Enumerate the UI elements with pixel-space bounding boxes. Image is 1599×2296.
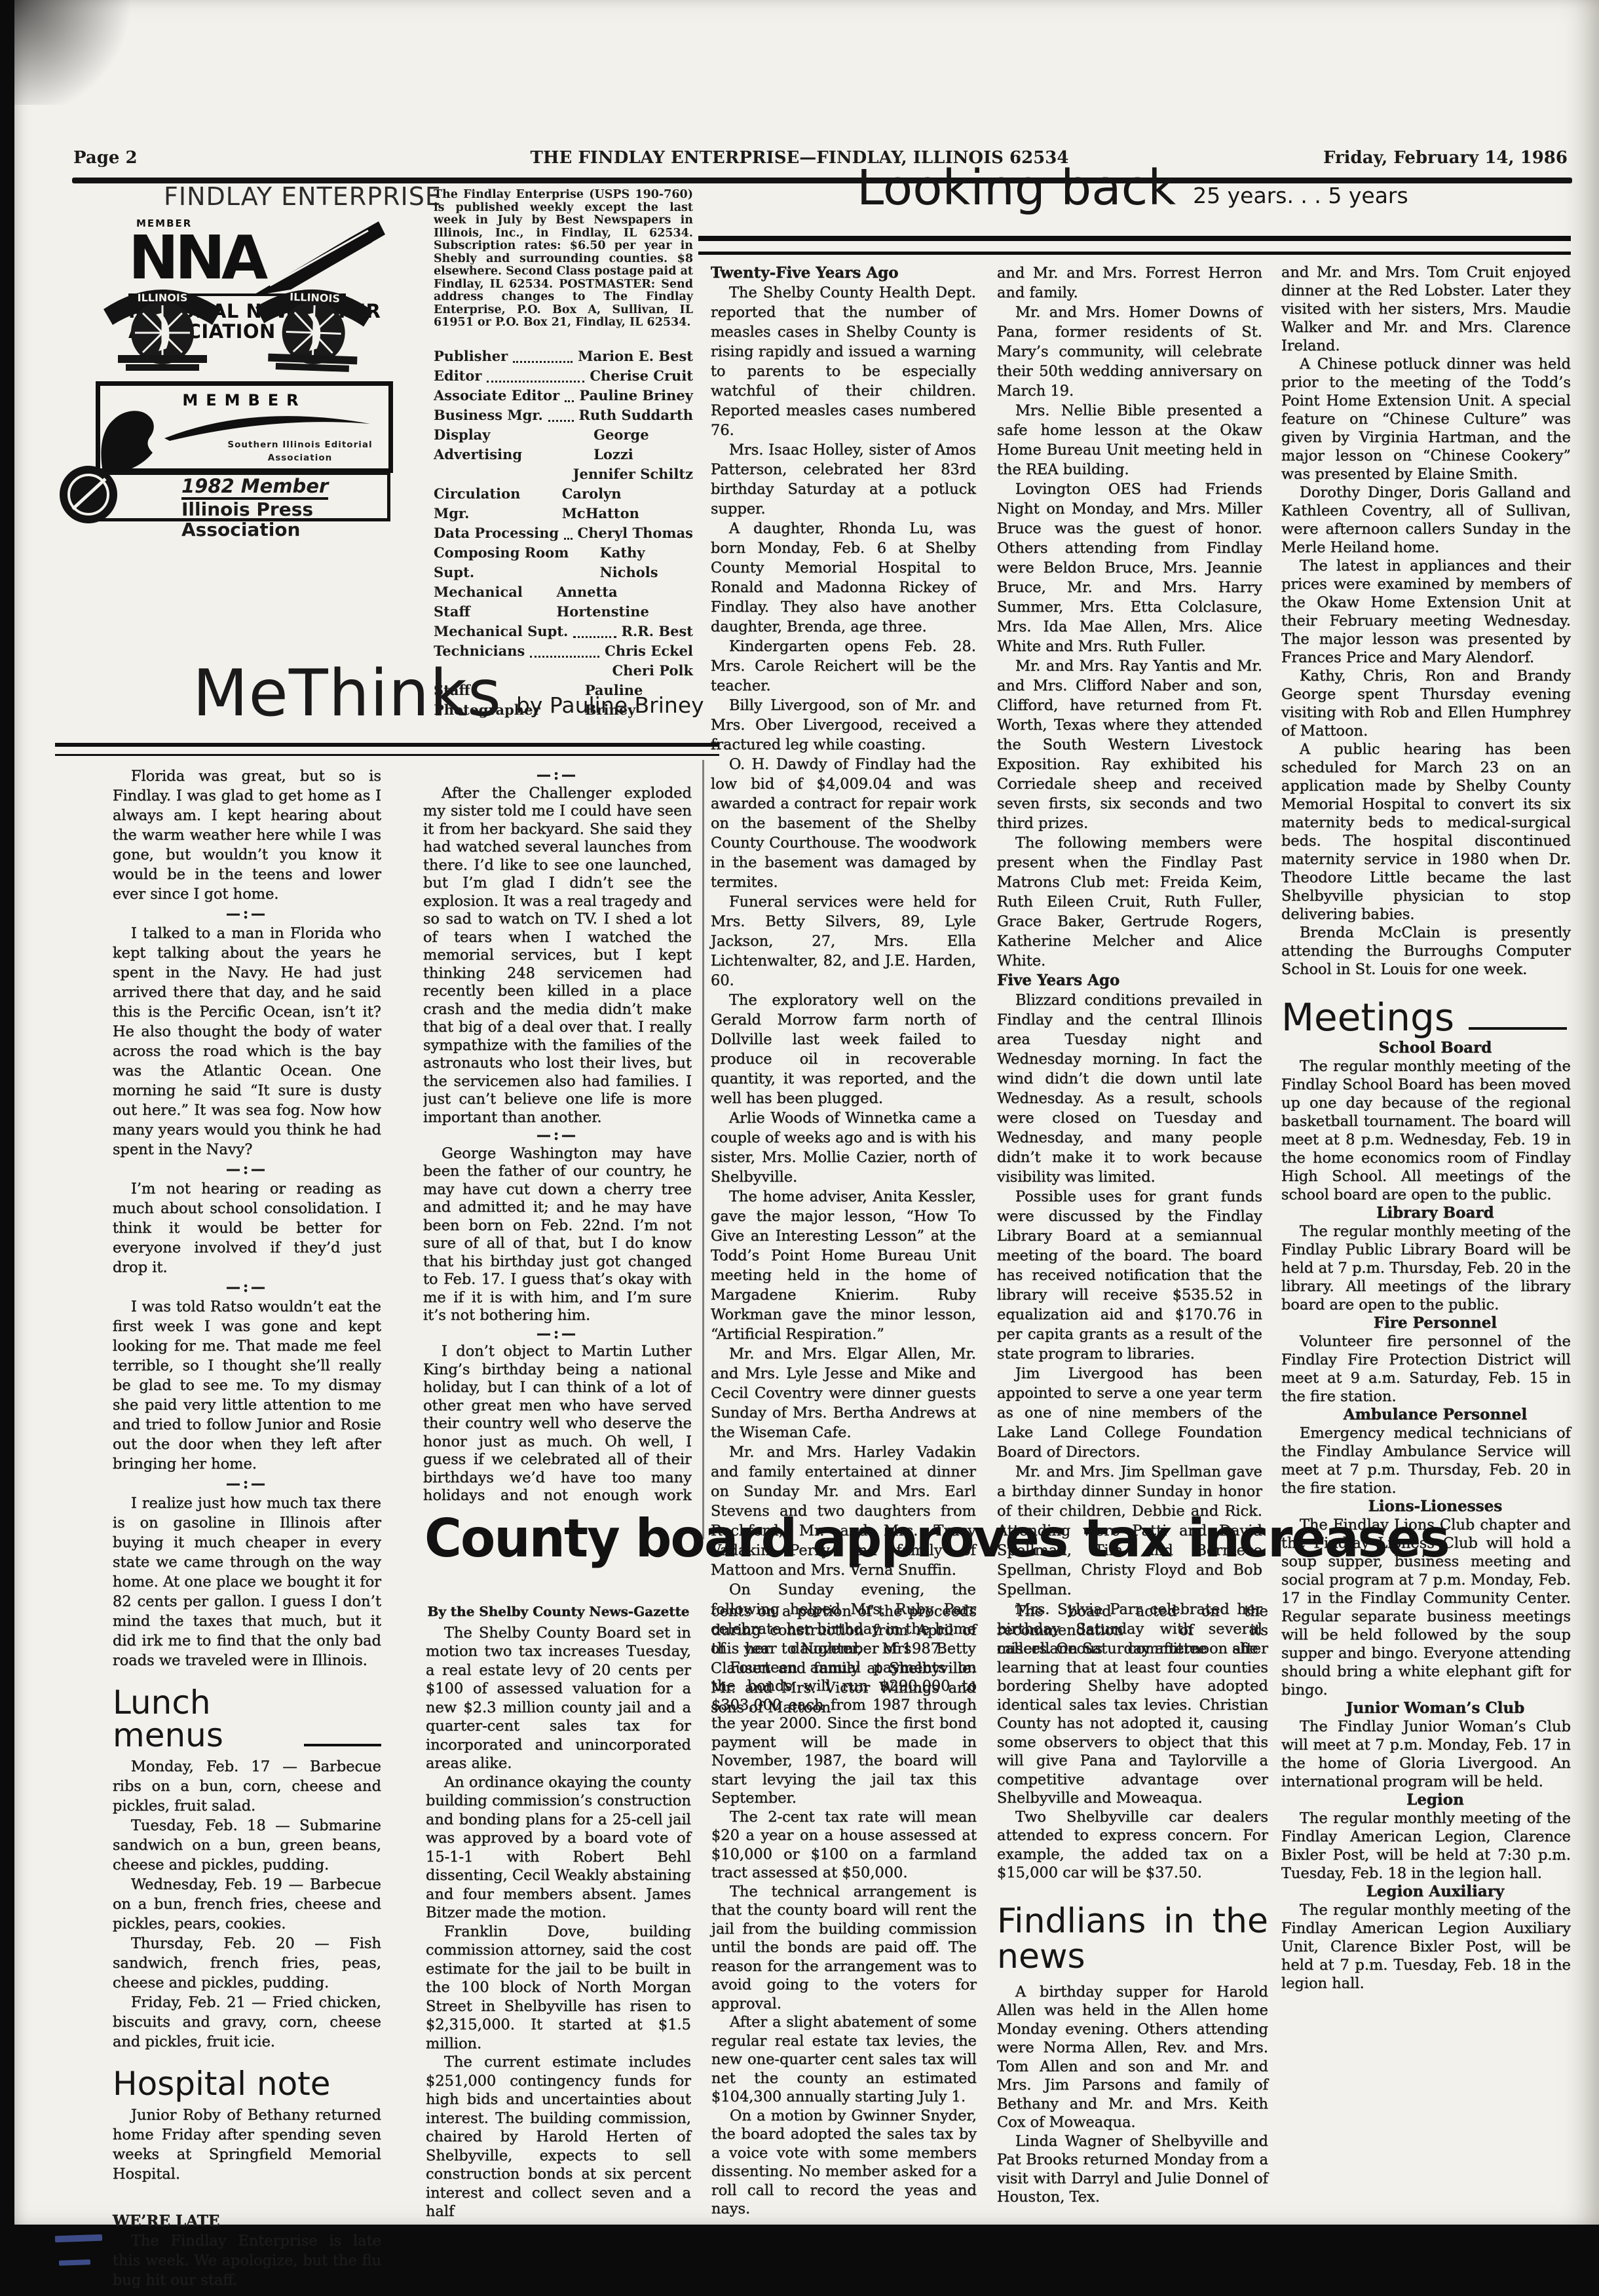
hospital-note-title: Hospital note [113,2067,381,2100]
article-paragraph: Lovington OES had Friends Night on Monda… [997,480,1262,656]
article-paragraph: cents on a portion of the proceeds durin… [711,1602,977,1659]
article-paragraph: Dorothy Dinger, Doris Galland and Kathle… [1281,483,1571,557]
staff-name: Pauline Briney [579,386,693,405]
staff-row: Business Mgr.Ruth Suddarth [434,405,693,425]
article-paragraph: On a motion by Gwinner Snyder, the board… [711,2107,977,2219]
staff-row: Composing Room Supt.Kathy Nichols [434,543,693,582]
column-divider [702,760,704,1539]
section-title: Meetings [1281,998,1454,1036]
article-paragraph: Possible uses for grant funds were discu… [997,1187,1262,1364]
scan-mark [59,2259,90,2266]
paragraph-separator: —:— [113,1277,381,1297]
staff-row: Associate EditorPauline Briney [434,386,693,405]
article-paragraph: Kindergarten opens Feb. 28. Mrs. Carole … [711,637,976,696]
title-rule [304,1744,381,1746]
article-paragraph: A public hearing has been scheduled for … [1281,740,1571,924]
column-paragraph: Florida was great, but so is Findlay. I … [113,766,381,904]
staff-row: Mechanical StaffAnnetta Hortenstine [434,582,693,622]
staff-row: EditorCherise Cruit [434,366,693,386]
article-paragraph: The exploratory well on the Gerald Morro… [711,990,976,1108]
staff-name: R.R. Best [622,622,693,641]
staff-box: The Findlay Enterprise (USPS 190-760) is… [434,189,693,720]
staff-row: Jennifer Schiltz [434,464,693,484]
press-contest-seal-left: ILLINOIS [96,275,230,379]
article-paragraph: Funeral services were held for Mrs. Bett… [711,892,976,990]
article-paragraph: Linda Wagner of Shelbyville and Pat Broo… [997,2132,1268,2207]
article-paragraph: A Chinese potluck dinner was held prior … [1281,355,1571,483]
title-rule [1469,1027,1567,1030]
article-paragraph: An ordinance okaying the county building… [426,1773,691,1923]
meeting-text: The Findlay Junior Woman’s Club will mee… [1281,1718,1571,1791]
looking-back-title: Looking back 25 years. . . 5 years [857,164,1408,212]
section-title: Hospital note [113,2067,331,2100]
paragraph-separator: —:— [423,766,692,785]
right-column: and Mr. and Mrs. Tom Cruit enjoyed dinne… [1281,263,1571,1993]
staff-role: Mechanical Supt. [434,622,568,641]
meeting-head: Fire Personnel [1281,1314,1571,1332]
staff-role: Editor [434,366,481,386]
article-paragraph: After a slight abatement of some regular… [711,2013,977,2107]
county-board-col2: cents on a portion of the proceeds durin… [711,1602,977,2219]
lunch-item: Thursday, Feb. 20 — Fish sandwich, frenc… [113,1934,381,1993]
subhead-25-years: Twenty-Five Years Ago [711,263,976,283]
article-paragraph: and Mr. and Mrs. Forrest Herron and fami… [997,263,1262,303]
paragraph-separator: —:— [113,904,381,924]
column-paragraph: I’m not hearing or reading as much about… [113,1179,381,1277]
article-paragraph: The home adviser, Anita Kessler, gave th… [711,1187,976,1344]
masthead-title: FINDLAY ENTERPRISE [164,182,442,211]
ipa-org-label: Illinois Press Association [181,499,313,540]
staff-name: Carolyn McHatton [562,484,693,523]
article-paragraph: Blizzard conditions prevailed in Findlay… [997,990,1262,1187]
staff-role: Associate Editor [434,386,559,405]
section-subtitle: 25 years. . . 5 years [1193,183,1408,208]
lunch-menus-title: Lunch menus [113,1686,381,1752]
newspaper-page: Page 2 THE FINDLAY ENTERPRISE—FINDLAY, I… [0,0,1599,2296]
staff-row: PublisherMarion E. Best [434,347,693,366]
article-paragraph: The Shelby County Board set in motion tw… [426,1624,691,1773]
meetings-title: Meetings [1281,998,1571,1036]
staff-row: Circulation Mgr.Carolyn McHatton [434,484,693,523]
press-contest-seal-right: ILLINOIS [245,273,383,381]
scan-smudge [14,0,139,105]
article-paragraph: Mr. and Mrs. Elgar Allen, Mr. and Mrs. L… [711,1344,976,1442]
article-paragraph: Franklin Dove, building commission attor… [426,1923,691,2054]
county-board-headline: County board approves tax increases [424,1508,1276,1569]
column-paragraph: George Washington may have been the fath… [423,1145,692,1325]
staff-role: Mechanical Staff [434,582,546,622]
methinks-col1: Florida was great, but so is Findlay. I … [113,766,381,2290]
county-board-col3: The board acted on the recommendation of… [997,1602,1268,2207]
staff-name: Annetta Hortenstine [556,582,693,622]
section-title: Looking back [857,164,1176,212]
ipa-seal-icon [56,462,121,527]
article-paragraph: O. H. Dawdy of Findlay had the low bid o… [711,755,976,892]
article-paragraph: The latest in appliances and their price… [1281,557,1571,667]
article-paragraph: Mr. and Mrs. Homer Downs of Pana, former… [997,303,1262,401]
article-paragraph: and Mr. and Mrs. Tom Cruit enjoyed dinne… [1281,263,1571,355]
paragraph-separator: —:— [113,1159,381,1179]
were-late-paragraph: The Findlay Enterprise is late this week… [113,2231,381,2290]
staff-row: Data ProcessingCheryl Thomas [434,523,693,543]
hospital-paragraph: Junior Roby of Bethany returned home Fri… [113,2105,381,2184]
article-paragraph: Fourteen annual payments on the bonds wi… [711,1659,977,1808]
article-paragraph: Two Shelbyville car dealers attended to … [997,1808,1268,1883]
looking-back-rule [698,236,1571,255]
article-paragraph: The following members were present when … [997,833,1262,971]
meeting-head: Library Board [1281,1204,1571,1222]
meeting-text: The regular monthly meeting of the Findl… [1281,1057,1571,1204]
staff-name: Marion E. Best [578,347,693,366]
meeting-head: Ambulance Personnel [1281,1406,1571,1424]
section-title: Lunch menus [113,1686,284,1752]
subhead-5-years: Five Years Ago [997,971,1262,990]
column-paragraph: I was told Ratso wouldn’t eat the first … [113,1297,381,1474]
column-paragraph: I don’t object to Martin Luther King’s b… [423,1343,692,1507]
meeting-head: School Board [1281,1039,1571,1057]
staff-role: Circulation Mgr. [434,484,552,523]
methinks-col2: —:— After the Challenger exploded my sis… [423,766,692,1507]
article-paragraph: Mrs. Isaac Holley, sister of Amos Patter… [711,440,976,519]
section-title: MeThinks [193,662,502,726]
column-paragraph: I realize just how much tax there is on … [113,1494,381,1670]
staff-row: Display AdvertisingGeorge Lozzi [434,425,693,464]
county-byline: By the Shelby County News-Gazette [426,1602,691,1621]
staff-role: Display Advertising [434,425,583,464]
staff-role: Business Mgr. [434,405,543,425]
press-contest-seals: ILLINOIS ILLINOIS [96,275,390,379]
article-paragraph: Kathy, Chris, Ron and Brandy George spen… [1281,667,1571,740]
press-association-box: 1982 Member Illinois Press Association [96,472,390,521]
article-paragraph: The 2-cent tax rate will mean $20 a year… [711,1808,977,1883]
article-paragraph: The Shelby County Health Dept. reported … [711,283,976,440]
meeting-text: The regular monthly meeting of the Findl… [1281,1901,1571,1993]
methinks-rule [55,743,719,756]
paragraph-separator: —:— [113,1474,381,1494]
were-late-head: WE’RE LATE [113,2211,381,2231]
staff-name: Kathy Nichols [600,543,693,582]
article-paragraph: Jim Livergood has been appointed to serv… [997,1364,1262,1462]
editorial-association-box: MEMBER Southern Illinois Editorial Assoc… [96,381,393,473]
looking-back-col2: and Mr. and Mrs. Forrest Herron and fami… [997,263,1262,1659]
staff-name: Chris Eckel [605,641,693,661]
meeting-text: The regular monthly meeting of the Findl… [1281,1222,1571,1314]
article-paragraph: A birthday supper for Harold Allen was h… [997,1983,1268,2132]
article-paragraph: The technical arrangement is that the co… [711,1883,977,2014]
methinks-title: MeThinks by Pauline Briney [193,662,704,726]
article-paragraph: Billy Livergood, son of Mr. and Mrs. Obe… [711,696,976,755]
staff-name: Ruth Suddarth [579,405,693,425]
article-paragraph: Mr. and Mrs. Ray Yantis and Mr. and Mrs.… [997,656,1262,833]
byline: by Pauline Briney [516,692,704,718]
staff-name: George Lozzi [593,425,693,464]
lunch-item: Wednesday, Feb. 19 — Barbecue on a bun, … [113,1875,381,1934]
meeting-text: Volunteer fire personnel of the Findlay … [1281,1332,1571,1406]
lunch-item: Friday, Feb. 21 — Fried chicken, biscuit… [113,1993,381,2052]
meeting-text: The regular monthly meeting of the Findl… [1281,1809,1571,1883]
staff-row: Mechanical Supt.R.R. Best [434,622,693,641]
staff-role: Publisher [434,347,508,366]
meeting-head: Junior Woman’s Club [1281,1699,1571,1718]
article-paragraph: The current estimate includes $251,000 c… [426,2053,691,2221]
meeting-text: Emergency medical technicians of the Fin… [1281,1424,1571,1497]
column-paragraph: After the Challenger exploded my sister … [423,785,692,1127]
county-board-col1: By the Shelby County News-Gazette The Sh… [426,1602,691,2221]
publication-info: The Findlay Enterprise (USPS 190-760) is… [434,189,693,329]
lunch-item: Tuesday, Feb. 18 — Submarine sandwich on… [113,1816,381,1875]
lunch-item: Monday, Feb. 17 — Barbecue ribs on a bun… [113,1757,381,1816]
staff-role: Composing Room Supt. [434,543,590,582]
findlians-title: Findlians in the news [997,1904,1268,1975]
staff-name: Jennifer Schiltz [573,464,693,484]
member-org-label: Southern Illinois Editorial Association [218,438,382,465]
ipa-year-label: 1982 Member [181,476,328,500]
looking-back-col1: Twenty-Five Years Ago The Shelby County … [711,263,976,1718]
meeting-head: Legion Auxiliary [1281,1883,1571,1901]
paragraph-separator: —:— [423,1127,692,1145]
article-paragraph: The board acted on the recommendation of… [997,1602,1268,1808]
scan-mark [55,2234,102,2243]
meeting-head: Legion [1281,1791,1571,1809]
paragraph-separator: —:— [423,1325,692,1344]
staff-name: Cherise Cruit [590,366,693,386]
staff-name: Cheryl Thomas [578,523,693,543]
article-paragraph: A daughter, Rhonda Lu, was born Monday, … [711,519,976,637]
article-paragraph: Arlie Woods of Winnetka came a couple of… [711,1108,976,1187]
column-paragraph: I talked to a man in Florida who kept ta… [113,924,381,1159]
article-paragraph: Brenda McClain is presently attending th… [1281,924,1571,979]
staff-role: Data Processing [434,523,559,543]
article-paragraph: Mrs. Nellie Bible presented a safe home … [997,401,1262,480]
